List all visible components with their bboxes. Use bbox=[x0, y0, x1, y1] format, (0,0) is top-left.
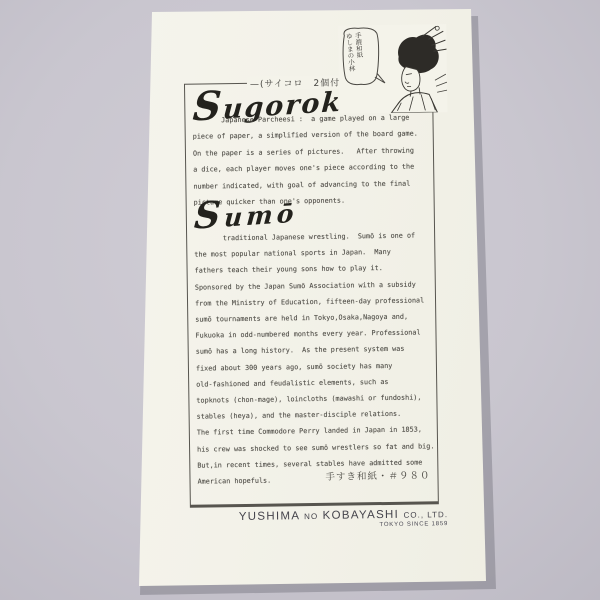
photo-background: —(サイコロ 2個付き)— Sugoroku Japanese Parchees… bbox=[0, 0, 600, 600]
ukiyoe-woman-illustration: 手漉和紙 ゆしまの小林 bbox=[338, 24, 447, 113]
company-name-no: NO bbox=[304, 512, 318, 521]
company-imprint: YUSHIMA NO KOBAYASHI CO., LTD. TOKYO SIN… bbox=[239, 508, 449, 530]
washi-price-label: 手すき和紙・＃９８０ bbox=[325, 467, 430, 482]
info-box-border: —(サイコロ 2個付き)— Sugoroku Japanese Parchees… bbox=[184, 80, 439, 507]
company-name-part: KOBAYASHI bbox=[323, 509, 400, 522]
printed-insert: —(サイコロ 2個付き)— Sugoroku Japanese Parchees… bbox=[146, 8, 479, 590]
sumo-paragraph: traditional Japanese wrestling. Sumō is … bbox=[194, 227, 436, 490]
company-name-part: YUSHIMA bbox=[239, 510, 300, 523]
company-name-co: CO., LTD. bbox=[404, 510, 449, 520]
